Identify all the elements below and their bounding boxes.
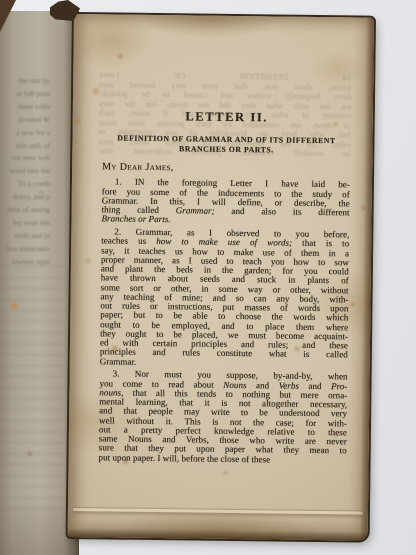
salutation: My Dear James, [102, 162, 350, 176]
book-page: 14 DEFINITION OF Letterletters, show you… [68, 14, 374, 541]
page-content: LETTER II. DEFINITION OF GRAMMAR AND OF … [98, 108, 350, 468]
text-line: tale and, of [3, 140, 50, 153]
text-line: less innocence [3, 243, 50, 256]
text-line: a new for a [3, 127, 50, 140]
text-line: To a comb [3, 178, 50, 191]
letter-title: LETTER II. [103, 108, 351, 126]
text-line: trials and ju [3, 230, 50, 243]
text-line: these colle [3, 101, 50, 114]
paragraph-1: 1. IN the foregoing Letter I have laid b… [101, 178, 350, 227]
chapter-heading: DEFINITION OF GRAMMAR AND OF ITS DIFFERE… [102, 133, 350, 156]
text-line: divided W [3, 114, 50, 127]
text-line: diatry, and p [3, 191, 50, 204]
text-line: word into the [3, 165, 50, 178]
text-line: our new writ [3, 152, 50, 165]
text-line: ar foll poin [3, 88, 50, 101]
text-line: ley your tim [3, 217, 50, 230]
left-page: the rest byar foll pointhese colledivide… [0, 11, 79, 555]
paragraph-2: 2. Grammar, as I observed to you before,… [100, 228, 350, 370]
book-photo: the rest byar foll pointhese colledivide… [0, 0, 416, 555]
left-page-text-fragments: the rest byar foll pointhese colledivide… [3, 75, 50, 269]
text-line: lawless oppr [3, 256, 50, 269]
text-line: dent of seeing [3, 204, 50, 217]
paragraph-3: 3. Nor must you suppose, by-and-by, when… [99, 370, 348, 466]
text-line: the rest by [3, 75, 50, 88]
